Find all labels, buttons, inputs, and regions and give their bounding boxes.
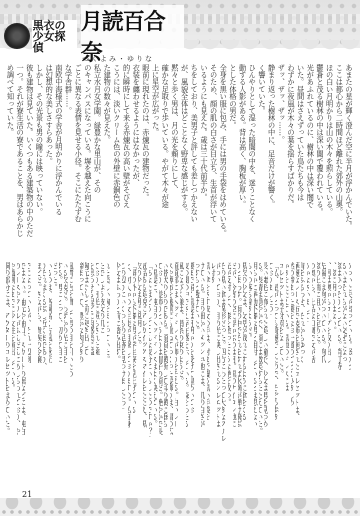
- text-column: のキャンパスになっている。塀を越えた向こうに: [83, 64, 93, 254]
- rose-icon: [4, 23, 30, 49]
- text-column: ちをしており、美男子と評しても差しつかえない: [190, 64, 200, 254]
- text-column: しかし、その光景も男の瞳には映っていない。: [35, 64, 45, 254]
- text-column: 衣装を纏わせるようにはなかったが、: [132, 64, 142, 254]
- text-column: 南欧中海様式の学舎が月明かりに浮かんでいる: [54, 64, 64, 254]
- upper-text-tier: あまたの星が輝く澄んだ空に半月が浮かんでいた。ここは都心から二時間ほど離れた郊外…: [6, 64, 354, 254]
- text-column: うついた夫が宿っている。怒りと: [349, 262, 354, 470]
- text-column: 静まり返った樹林の中に、足音だけが響く。: [267, 64, 277, 254]
- text-column: 上に星空が広がった。: [151, 64, 161, 254]
- text-column: そのため、顔の肌の白さが目立ち、生首が浮いて: [209, 64, 219, 254]
- text-column: あまたの星が輝く澄んだ空に半月が浮かんでいた。: [344, 64, 354, 254]
- text-column: 鬱蒼と茂る樹林の中は深い闇で覆われている。: [315, 64, 325, 254]
- text-column: ほの白い月明かりは山の木々を照らしている。: [325, 64, 335, 254]
- text-column: 眼前に現れたのは、赤煉瓦の建物だった。: [141, 64, 151, 254]
- text-column: 的に瞬時にして来る赤煉瓦の高い壁がそびえ: [122, 64, 132, 254]
- text-column: が、風貌全体はどことなく野卑な感じがする。: [180, 64, 190, 254]
- text-column: わずかに夜風が木々の葉を揺らすばかりだ。: [286, 64, 296, 254]
- text-column: ザッ、ザッ、ザッ……。: [277, 64, 287, 254]
- text-column: いた。昼間はさえずっていた鳥たちも今は: [296, 64, 306, 254]
- text-column: は幻想的な美しさすらあった。: [45, 64, 55, 254]
- text-column: 確かな足取りで歩いている。やがて木々が途: [161, 64, 171, 254]
- text-column: 私立水月女学園。緑豊かな里山が、その: [93, 64, 103, 254]
- text-column: こうには、淡いクリーム色の外壁に赤銅色の: [112, 64, 122, 254]
- series-line-1: 黒衣の: [32, 20, 77, 31]
- text-column: とした体格の男だ。: [228, 64, 238, 254]
- text-column: ごとに異なる表情を見せる小径。そこにたたずむ: [74, 64, 84, 254]
- text-column: ひんやりとして湿った暗闇の中を、迷うことなく: [248, 64, 258, 254]
- title-block: 黒衣の 少女探偵 月読百合奈: [4, 14, 184, 58]
- text-column: 一つ。それが寮生活の寮であることを、男はあらかじ: [15, 64, 25, 254]
- text-column: た建物の数々が見えた。: [103, 64, 113, 254]
- series-line-2: 少女探偵: [32, 31, 77, 53]
- lace-footer-border: [0, 498, 360, 516]
- text-column: な学舎群……。: [64, 64, 74, 254]
- text-column: め調べて知っていた。: [6, 64, 16, 254]
- text-column: 光があふれているのに、樹林の中は深い闇で: [306, 64, 316, 254]
- text-column: ここは都心から二時間ほど離れた郊外の山奥。: [335, 64, 345, 254]
- lower-text-tier: うついた夫が宿っている。怒りとるいはそれらがない交ぜになっ窓はひっそりとしている…: [6, 262, 354, 470]
- text-column: 動する人影がある。背は高く、胸板が厚い。: [238, 64, 248, 254]
- series-title: 黒衣の 少女探偵: [32, 20, 77, 53]
- title-ruby: つくよみ・ゆりな: [82, 54, 154, 64]
- text-column: 全身を黒い服に包み、手には男の手袋をはめている。: [219, 64, 229, 254]
- text-column: いるようにも見えた。歳は三十代前半か。: [199, 64, 209, 254]
- text-column: 彼も建物は見ていた。いくつもある建築物の中のただ: [25, 64, 35, 254]
- text-column: 黙々と歩く男は、月の光を頼りにして、: [170, 64, 180, 254]
- text-column: く響いていた。: [257, 64, 267, 254]
